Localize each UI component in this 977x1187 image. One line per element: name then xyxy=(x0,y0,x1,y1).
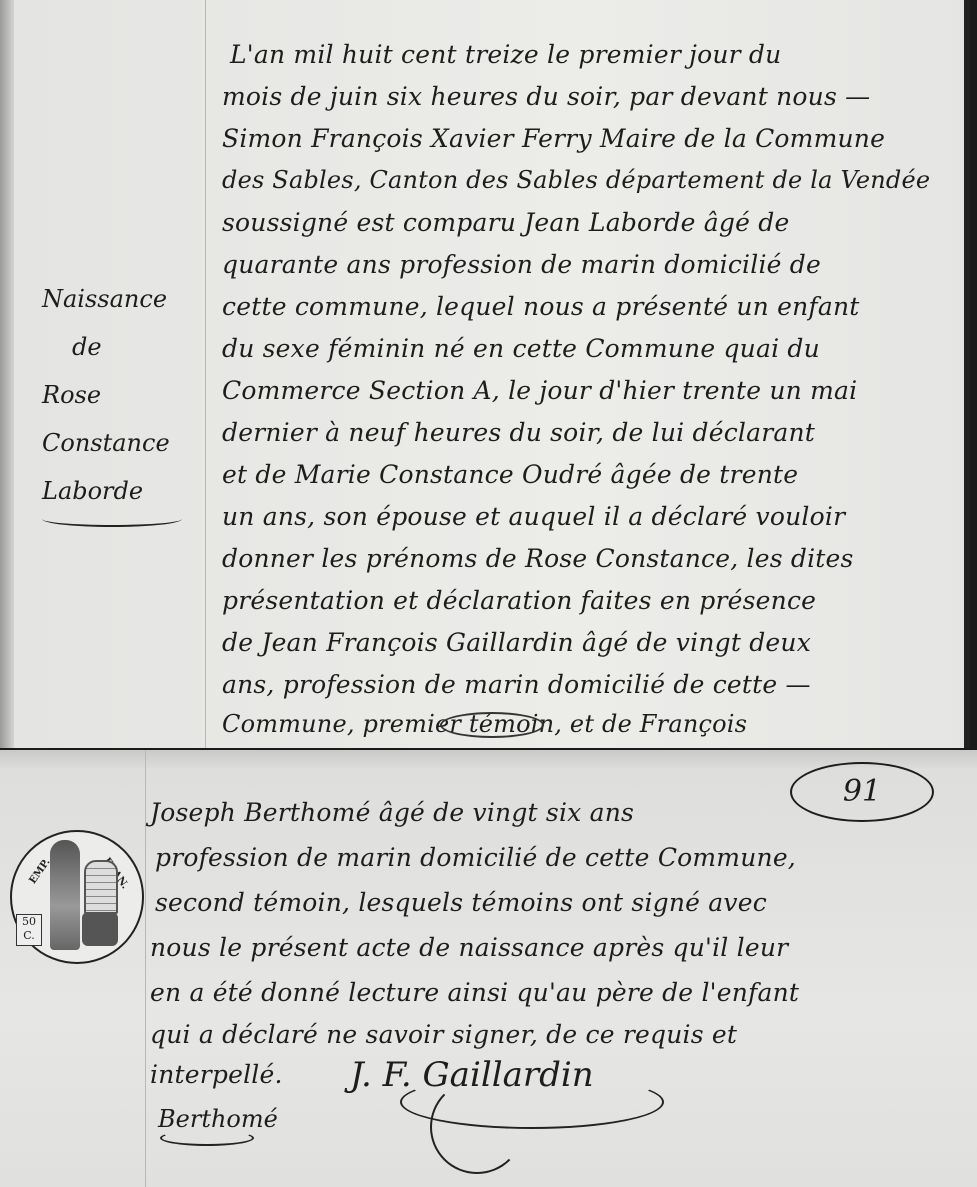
margin-line: Rose xyxy=(42,371,202,419)
text-line: de Jean François Gaillardin âgé de vingt… xyxy=(222,630,811,655)
tax-stamp: EMP. FRAN. 50 C. xyxy=(10,830,144,964)
text-line: ans, profession de marin domicilié de ce… xyxy=(222,672,811,697)
text-line: Simon François Xavier Ferry Maire de la … xyxy=(222,126,885,151)
text-line: qui a déclaré ne savoir signer, de ce re… xyxy=(150,1022,737,1047)
signature-loop-icon xyxy=(430,1080,524,1174)
text-line: des Sables, Canton des Sables départemen… xyxy=(222,168,930,192)
text-line: du sexe féminin né en cette Commune quai… xyxy=(222,336,820,361)
text-line: mois de juin six heures du soir, par dev… xyxy=(222,84,870,109)
register-page-top: Naissance de Rose Constance Laborde L'an… xyxy=(0,0,970,748)
text-line: soussigné est comparu Jean Laborde âgé d… xyxy=(222,210,789,235)
text-line: nous le présent acte de naissance après … xyxy=(150,935,788,960)
text-line: Joseph Berthomé âgé de vingt six ans xyxy=(150,800,634,825)
margin-line: Constance xyxy=(42,419,202,467)
page-binding-edge xyxy=(0,0,14,748)
text-line: cette commune, lequel nous a présenté un… xyxy=(222,294,860,319)
text-line: second témoin, lesquels témoins ont sign… xyxy=(155,890,767,915)
signature-underline-icon xyxy=(160,1130,254,1146)
text-line: donner les prénoms de Rose Constance, le… xyxy=(222,546,854,571)
text-line: et de Marie Constance Oudré âgée de tren… xyxy=(222,462,798,487)
law-tablets-icon xyxy=(84,860,118,914)
margin-line: Laborde xyxy=(42,467,202,515)
text-line: Commerce Section A, le jour d'hier trent… xyxy=(222,378,857,403)
text-line: un ans, son épouse et auquel il a déclar… xyxy=(222,504,845,529)
text-line: L'an mil huit cent treize le premier jou… xyxy=(230,42,781,67)
text-line: dernier à neuf heures du soir, de lui dé… xyxy=(222,420,815,445)
margin-line: Naissance xyxy=(42,275,202,323)
text-line: présentation et déclaration faites en pr… xyxy=(222,588,816,613)
margin-rule xyxy=(145,750,146,1187)
text-line: profession de marin domicilié de cette C… xyxy=(155,845,796,870)
margin-rule xyxy=(205,0,206,748)
eagle-icon xyxy=(82,912,118,946)
stamp-text-left: EMP. xyxy=(27,857,52,886)
paraph-flourish-icon xyxy=(440,712,544,738)
signature-berthome: Berthomé xyxy=(158,1105,278,1133)
text-line: quarante ans profession de marin domicil… xyxy=(222,252,821,277)
margin-annotation: Naissance de Rose Constance Laborde xyxy=(42,275,202,527)
margin-line: de xyxy=(42,323,202,371)
folio-number: 91 xyxy=(790,762,934,822)
allegorical-figure-icon xyxy=(50,840,80,950)
text-line: en a été donné lecture ainsi qu'au père … xyxy=(150,980,799,1005)
stamp-value: 50 C. xyxy=(16,914,42,946)
text-line: interpellé. xyxy=(150,1062,283,1087)
